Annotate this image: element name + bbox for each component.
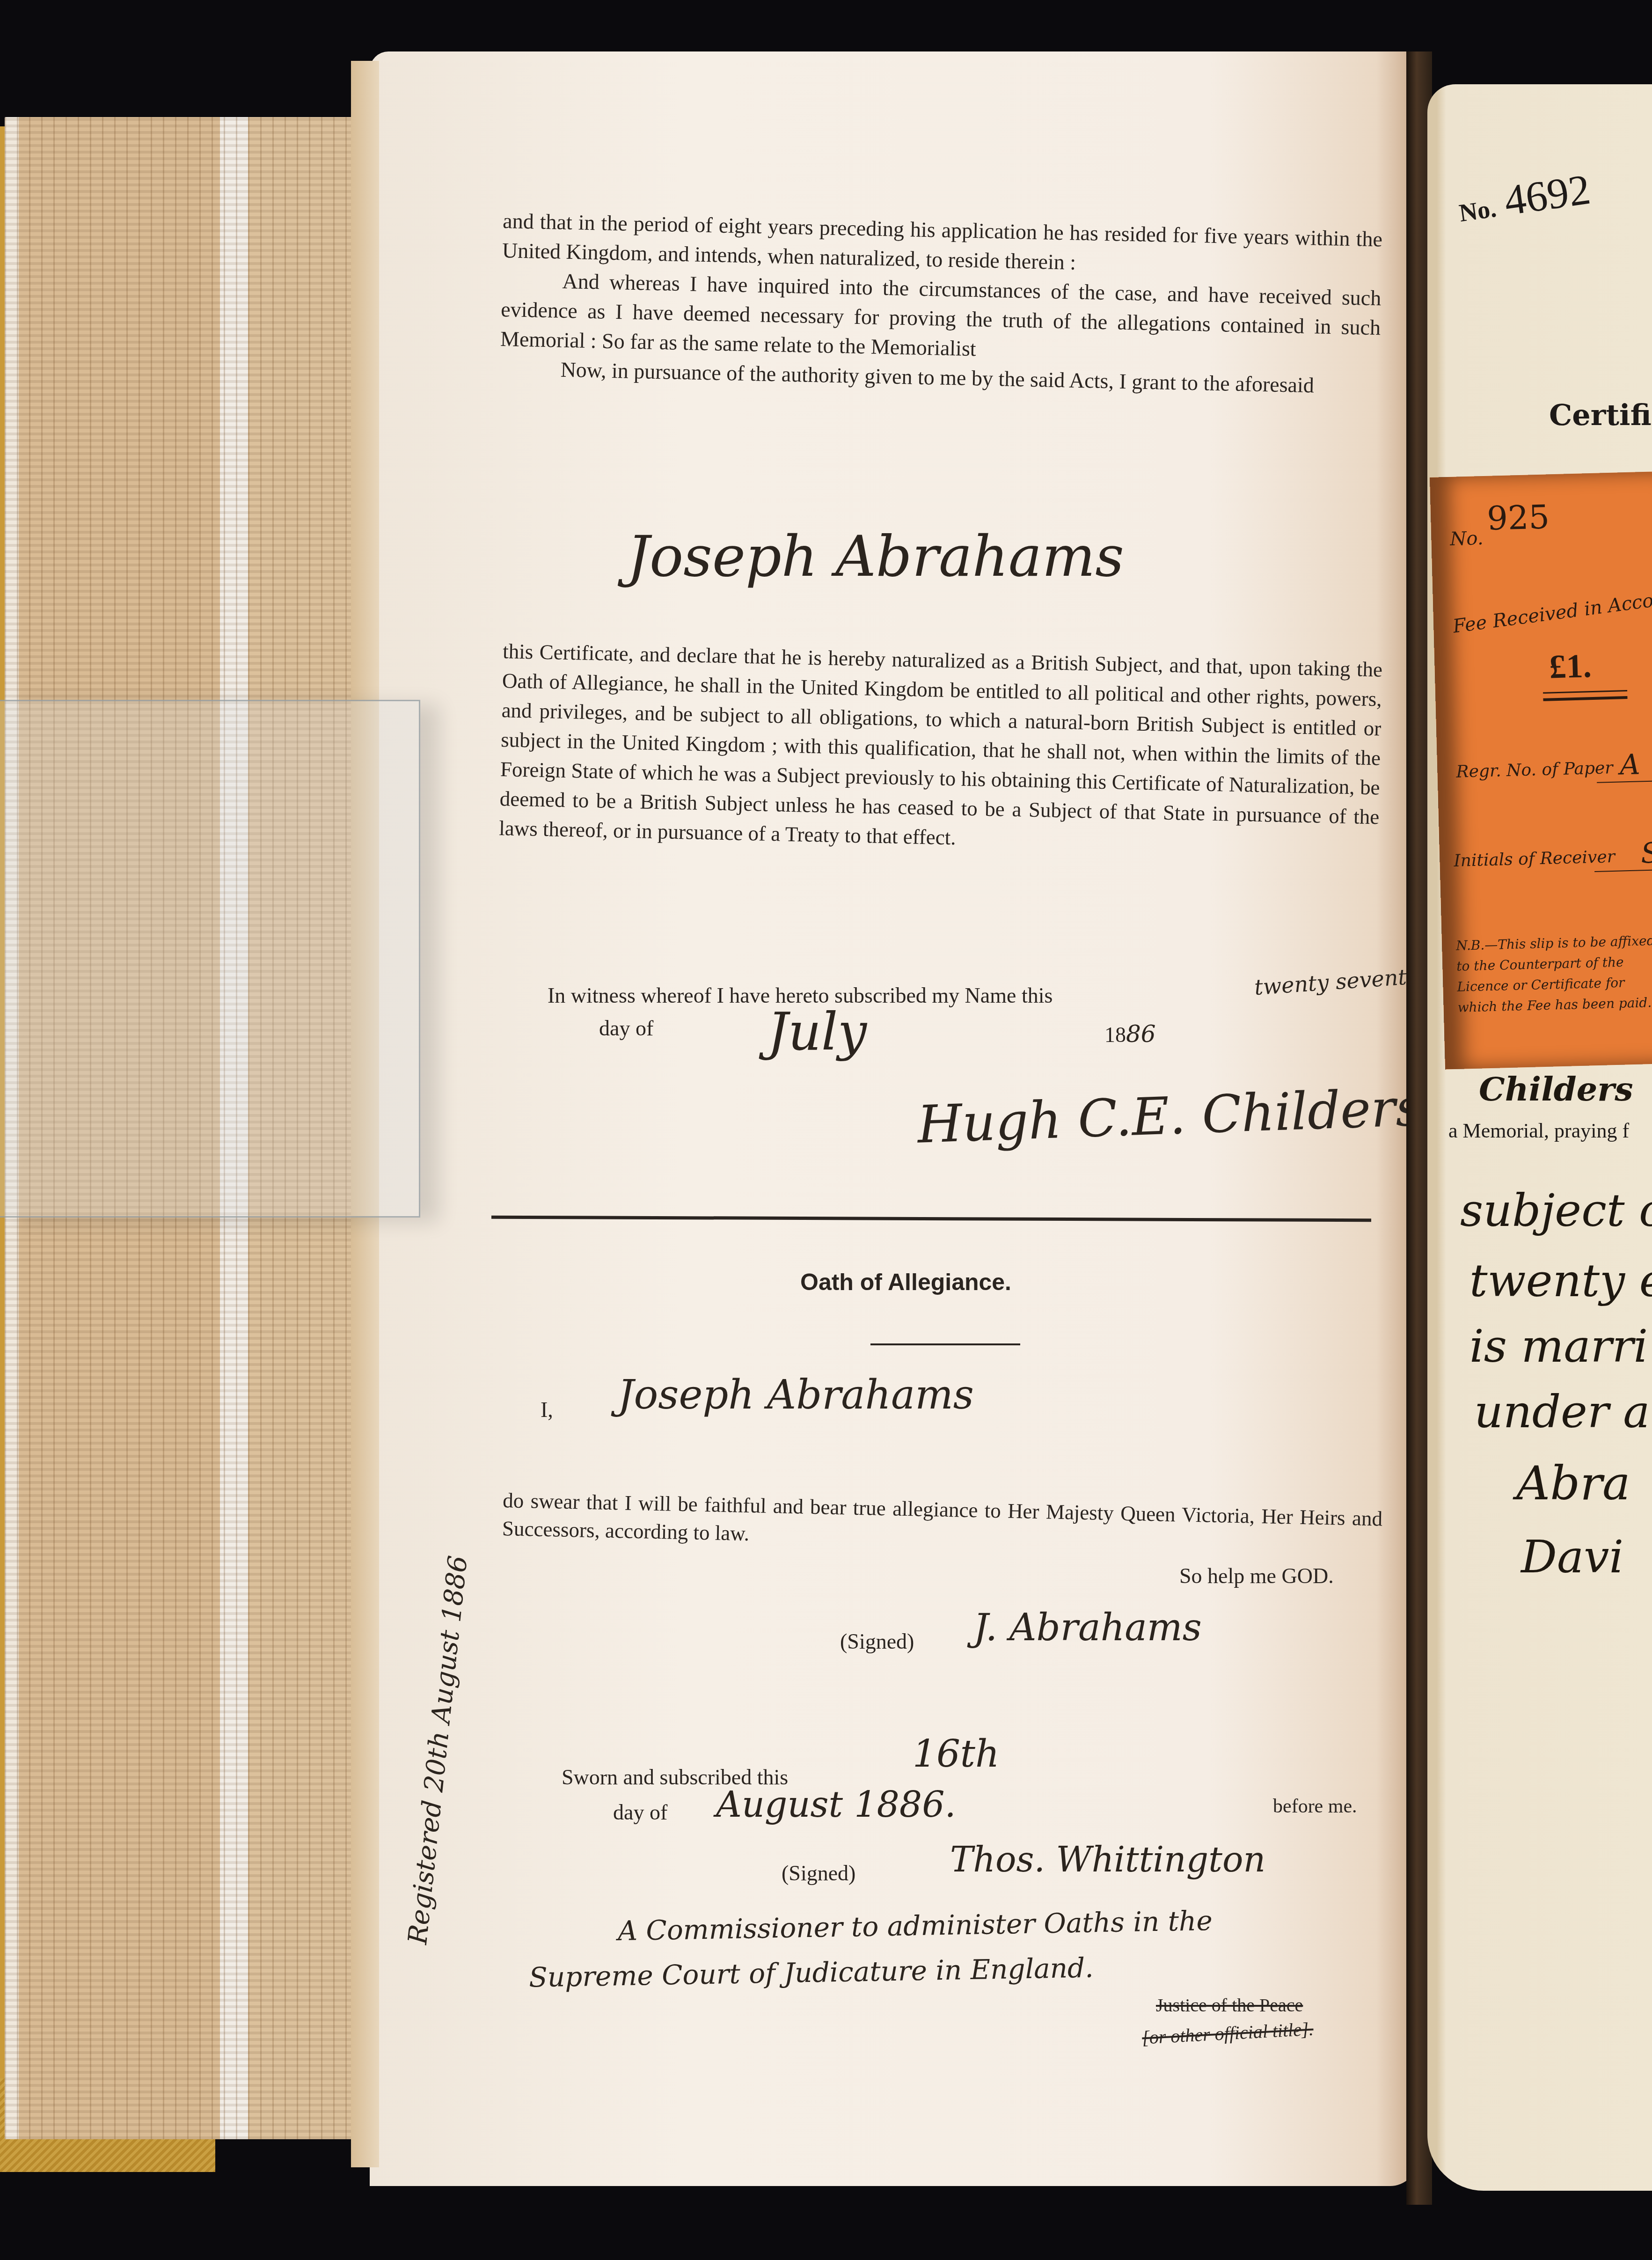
commissioner-signature: Thos. Whittington [950, 1840, 1265, 1880]
facing-memorial-text: a Memorial, praying f [1448, 1119, 1629, 1143]
fee-slip: No. 925 Fee Received in Accounts £1. Reg… [1430, 472, 1652, 1070]
facing-handwritten-line: Abra [1516, 1456, 1630, 1511]
sworn-day-handwritten: 16th [913, 1732, 999, 1776]
fee-initials-value: S [1640, 836, 1652, 870]
struck-title-justice: Justice of the Peace [1156, 1994, 1303, 2016]
fee-initials-label: Initials of Receiver [1454, 847, 1615, 871]
facing-handwritten-line: twenty ei [1469, 1255, 1652, 1307]
fee-slip-note: N.B.—This slip is to be affixed to the C… [1456, 931, 1652, 1018]
grantee-name-handwritten: Joseph Abrahams [627, 524, 1124, 589]
facing-handwritten-line: is marri [1469, 1320, 1648, 1372]
sworn-day-of-label: day of [613, 1800, 667, 1825]
book-photograph: and that in the period of eight years pr… [0, 0, 1652, 2260]
oath-title-rule [870, 1343, 1020, 1345]
sworn-before-me: before me. [1273, 1795, 1357, 1818]
witness-year-suffix: 86 [1126, 1020, 1156, 1048]
fee-slip-number-label: No. [1450, 528, 1484, 550]
paragraph-certificate: this Certificate, and declare that he is… [499, 637, 1383, 861]
facing-handwritten-name: Childers [1479, 1070, 1633, 1108]
oath-i-label: I, [541, 1397, 553, 1422]
glass-page-weight [0, 700, 420, 1218]
oath-signed-label: (Signed) [840, 1629, 914, 1654]
oath-title: Oath of Allegiance. [800, 1269, 1011, 1296]
oath-closing: So help me GOD. [1179, 1563, 1334, 1588]
preamble-text: and that in the period of eight years pr… [499, 206, 1383, 401]
certificate-number-label: No. [1457, 194, 1498, 227]
fee-slip-number: 925 [1486, 498, 1550, 537]
facing-handwritten-line: subject of [1460, 1184, 1652, 1237]
fee-paper-value: A [1619, 748, 1640, 781]
facing-handwritten-line: under a [1474, 1386, 1650, 1438]
witness-day-of-label: day of [599, 1016, 653, 1041]
oath-name-handwritten: Joseph Abrahams [618, 1372, 974, 1418]
certificate-text: this Certificate, and declare that he is… [499, 637, 1383, 861]
witness-year: 1886 [1104, 1020, 1156, 1048]
facing-handwritten-line: Davi [1521, 1531, 1623, 1583]
fee-amount: £1. [1549, 646, 1592, 686]
facing-page-heading: Certific [1549, 398, 1652, 432]
fee-amount-rule [1543, 690, 1627, 701]
witness-year-prefix: 18 [1104, 1023, 1126, 1047]
sworn-date-handwritten: August 1886. [716, 1783, 956, 1825]
oath-signature: J. Abrahams [973, 1606, 1202, 1649]
witness-month-handwritten: July [768, 1002, 867, 1062]
fee-received-label: Fee Received in Accounts [1452, 584, 1652, 637]
sworn-signed-label: (Signed) [782, 1861, 855, 1886]
fee-paper-label: Regr. No. of Paper [1456, 758, 1613, 782]
